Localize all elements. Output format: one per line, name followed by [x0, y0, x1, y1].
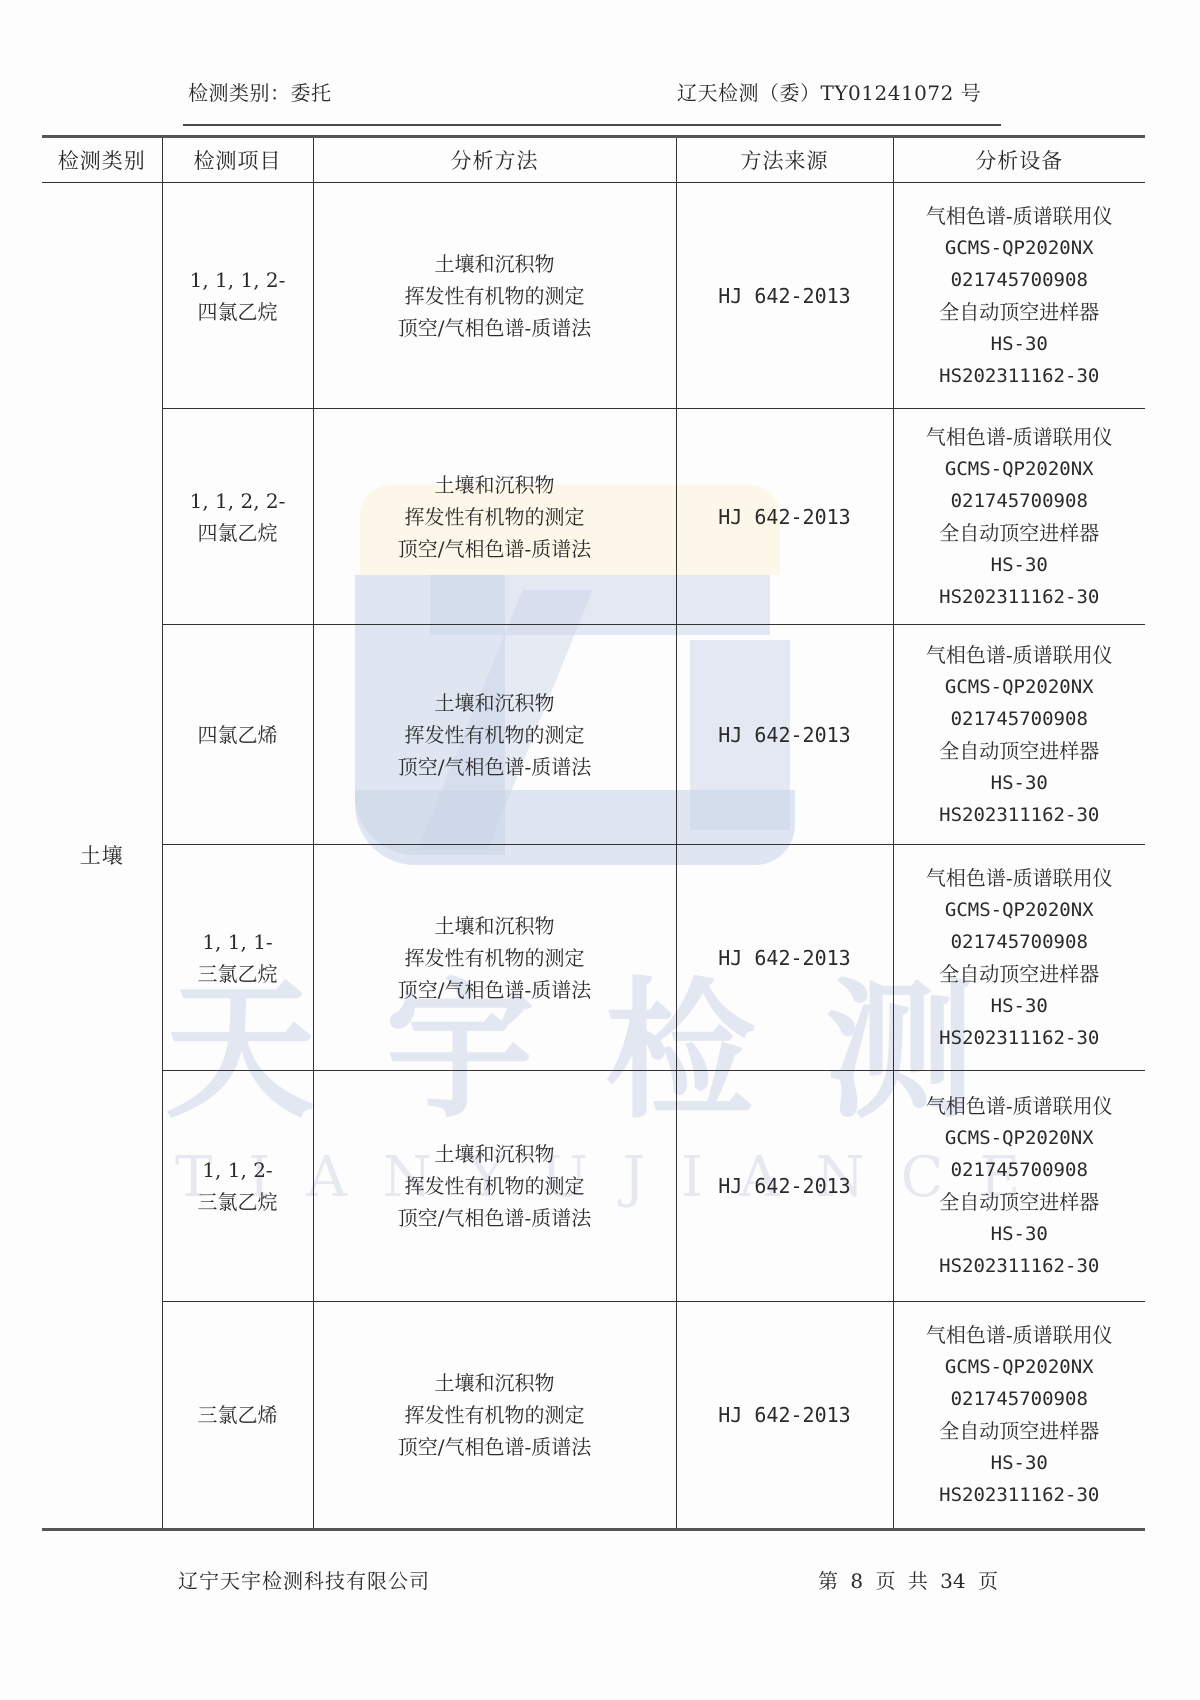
source-cell: HJ 642-2013 [676, 845, 893, 1071]
method-cell: 土壤和沉积物 挥发性有机物的测定 顶空/气相色谱-质谱法 [313, 845, 676, 1071]
source-cell: HJ 642-2013 [676, 183, 893, 409]
equipment-cell: 气相色谱-质谱联用仪 GCMS-QP2020NX 021745700908 全自… [893, 1071, 1145, 1302]
method-cell: 土壤和沉积物 挥发性有机物的测定 顶空/气相色谱-质谱法 [313, 183, 676, 409]
method-table: 检测类别 检测项目 分析方法 方法来源 分析设备 土壤 1, 1, 1, 2- … [42, 135, 1145, 1531]
table-row: 1, 1, 1- 三氯乙烷 土壤和沉积物 挥发性有机物的测定 顶空/气相色谱-质… [42, 845, 1145, 1071]
page-indicator: 第 8 页 共 34 页 [818, 1565, 998, 1594]
column-header-item: 检测项目 [162, 137, 313, 183]
equipment-cell: 气相色谱-质谱联用仪 GCMS-QP2020NX 021745700908 全自… [893, 183, 1145, 409]
table-row: 四氯乙烯 土壤和沉积物 挥发性有机物的测定 顶空/气相色谱-质谱法 HJ 642… [42, 625, 1145, 845]
table-row: 1, 1, 2, 2- 四氯乙烷 土壤和沉积物 挥发性有机物的测定 顶空/气相色… [42, 409, 1145, 625]
header-divider [183, 124, 1001, 126]
source-cell: HJ 642-2013 [676, 1071, 893, 1302]
item-cell: 1, 1, 2- 三氯乙烷 [162, 1071, 313, 1302]
table-row: 1, 1, 2- 三氯乙烷 土壤和沉积物 挥发性有机物的测定 顶空/气相色谱-质… [42, 1071, 1145, 1302]
table-row: 土壤 1, 1, 1, 2- 四氯乙烷 土壤和沉积物 挥发性有机物的测定 顶空/… [42, 183, 1145, 409]
method-cell: 土壤和沉积物 挥发性有机物的测定 顶空/气相色谱-质谱法 [313, 409, 676, 625]
item-cell: 1, 1, 2, 2- 四氯乙烷 [162, 409, 313, 625]
source-cell: HJ 642-2013 [676, 1302, 893, 1530]
source-cell: HJ 642-2013 [676, 409, 893, 625]
equipment-cell: 气相色谱-质谱联用仪 GCMS-QP2020NX 021745700908 全自… [893, 845, 1145, 1071]
item-cell: 1, 1, 1, 2- 四氯乙烷 [162, 183, 313, 409]
method-cell: 土壤和沉积物 挥发性有机物的测定 顶空/气相色谱-质谱法 [313, 1302, 676, 1530]
detection-category-label: 检测类别：委托 [188, 77, 332, 106]
column-header-source: 方法来源 [676, 137, 893, 183]
item-cell: 1, 1, 1- 三氯乙烷 [162, 845, 313, 1071]
method-cell: 土壤和沉积物 挥发性有机物的测定 顶空/气相色谱-质谱法 [313, 1071, 676, 1302]
equipment-cell: 气相色谱-质谱联用仪 GCMS-QP2020NX 021745700908 全自… [893, 625, 1145, 845]
source-cell: HJ 642-2013 [676, 625, 893, 845]
table-header-row: 检测类别 检测项目 分析方法 方法来源 分析设备 [42, 137, 1145, 183]
table-row: 三氯乙烯 土壤和沉积物 挥发性有机物的测定 顶空/气相色谱-质谱法 HJ 642… [42, 1302, 1145, 1530]
column-header-equipment: 分析设备 [893, 137, 1145, 183]
item-cell: 三氯乙烯 [162, 1302, 313, 1530]
method-cell: 土壤和沉积物 挥发性有机物的测定 顶空/气相色谱-质谱法 [313, 625, 676, 845]
equipment-cell: 气相色谱-质谱联用仪 GCMS-QP2020NX 021745700908 全自… [893, 409, 1145, 625]
equipment-cell: 气相色谱-质谱联用仪 GCMS-QP2020NX 021745700908 全自… [893, 1302, 1145, 1530]
company-name: 辽宁天宇检测科技有限公司 [178, 1565, 430, 1594]
column-header-method: 分析方法 [313, 137, 676, 183]
category-cell: 土壤 [42, 183, 162, 1530]
report-number: 辽天检测（委）TY01241072 号 [677, 77, 981, 106]
column-header-category: 检测类别 [42, 137, 162, 183]
item-cell: 四氯乙烯 [162, 625, 313, 845]
